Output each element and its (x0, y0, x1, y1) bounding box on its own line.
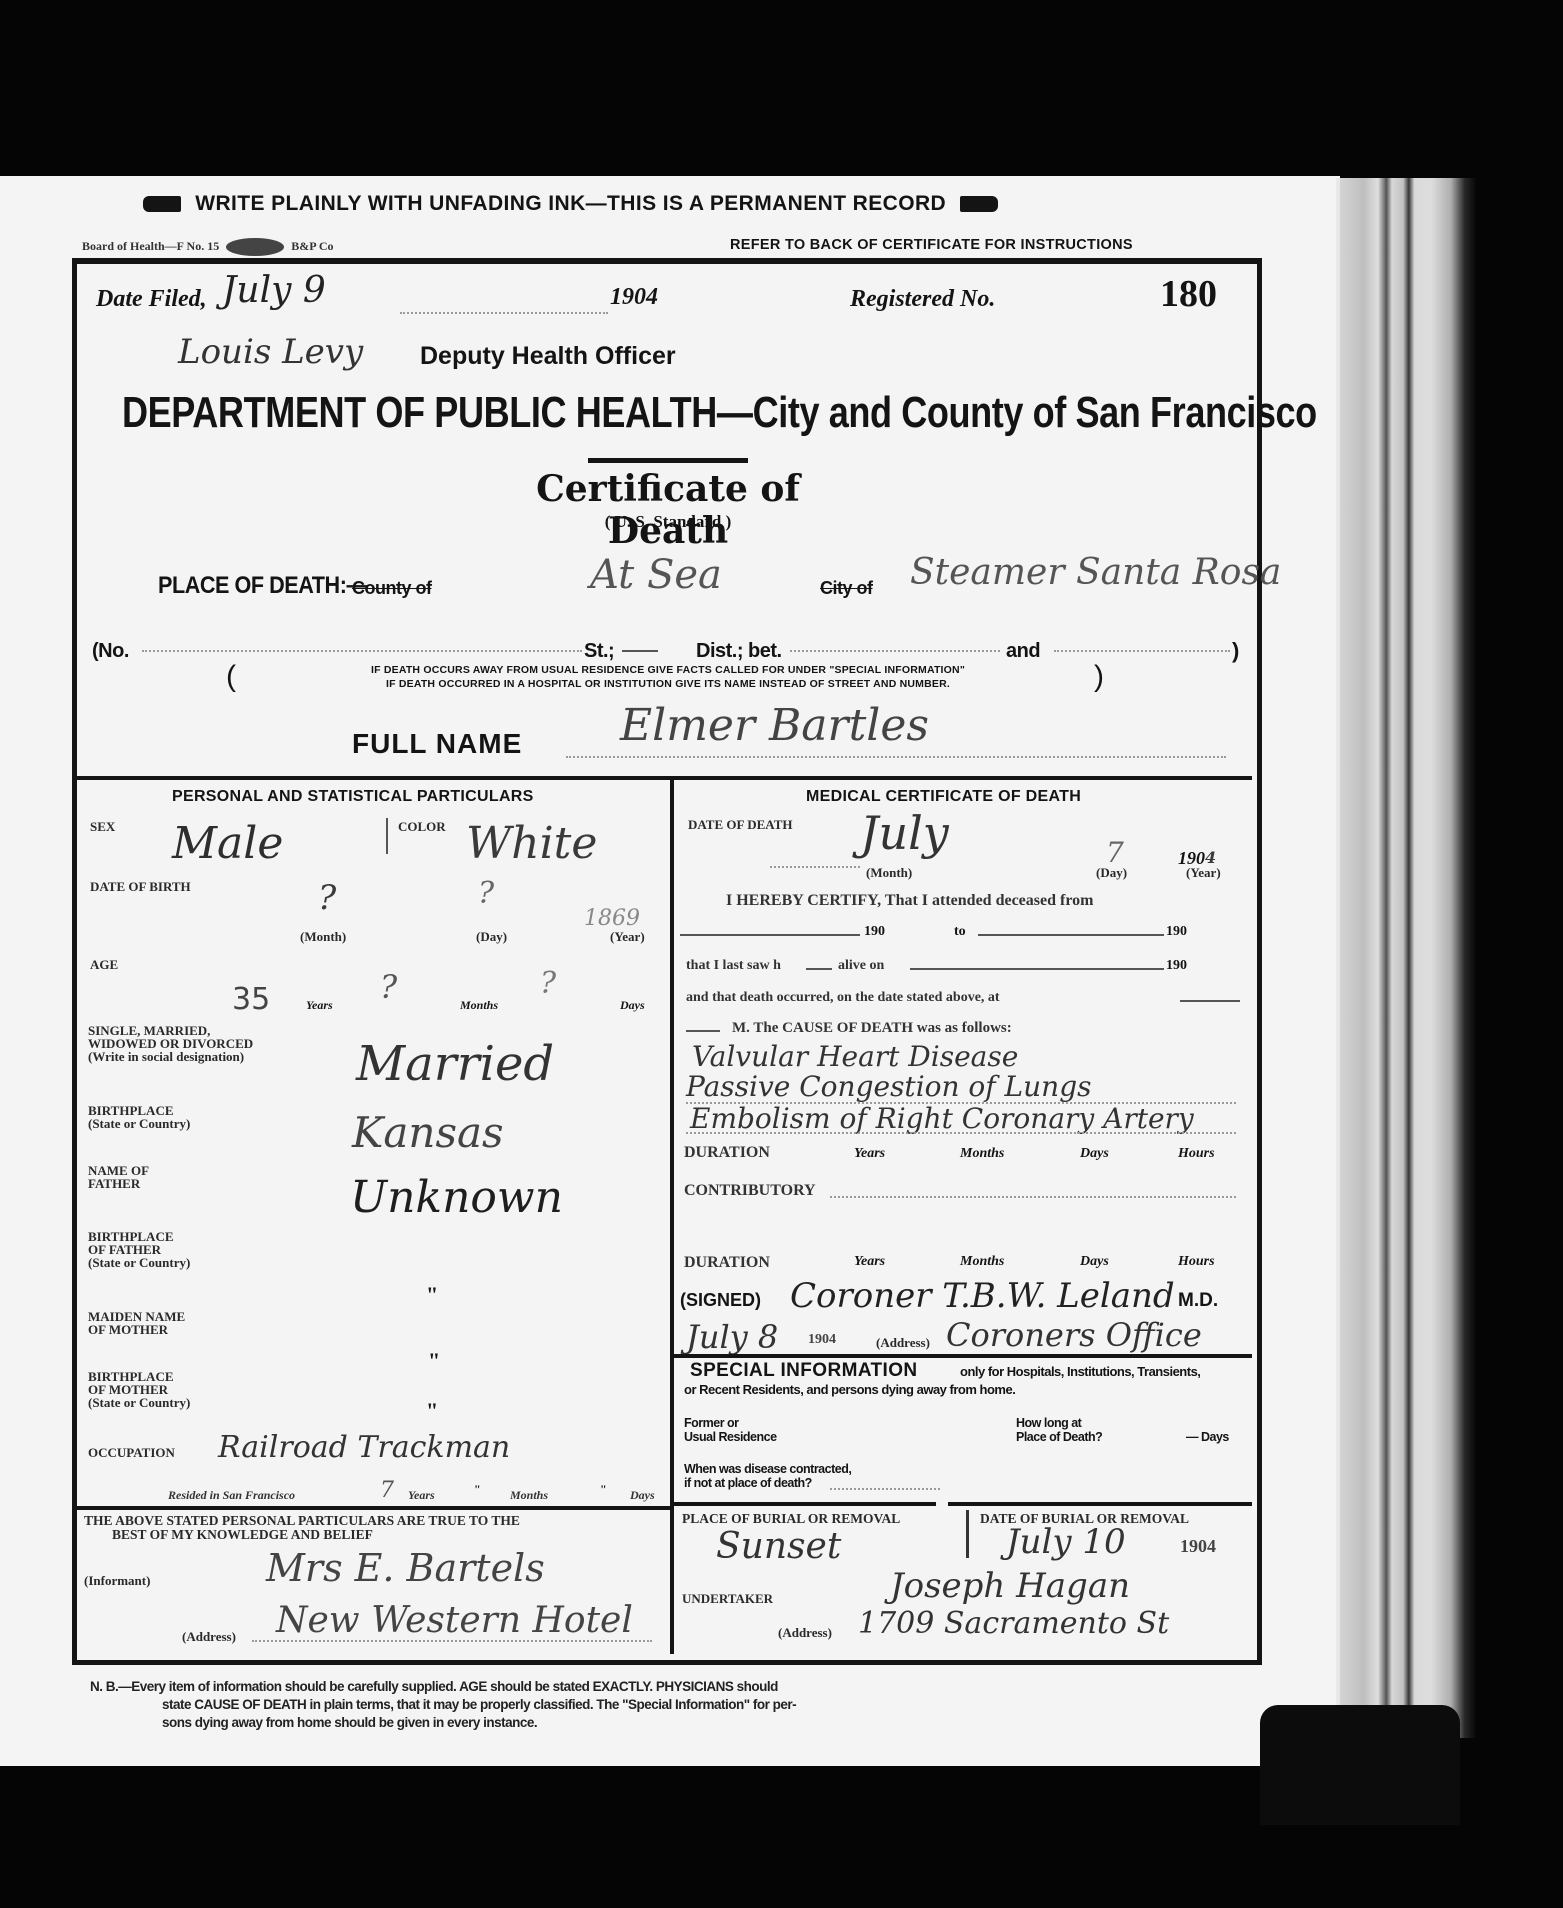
note-close-paren: ) (1094, 660, 1104, 694)
marital-label-line-3: (Write in social designation) (88, 1050, 253, 1063)
cause-time-line (686, 1030, 720, 1032)
resided-label: Resided in San Francisco (168, 1488, 295, 1503)
form-code-right: B&P Co (291, 239, 333, 253)
dob-day-label: (Day) (476, 930, 507, 943)
date-filed-value: July 9 (222, 270, 326, 311)
special-divider (674, 1354, 1252, 1358)
father-birthplace-value: " (426, 1282, 438, 1308)
burial-column-divider (966, 1510, 969, 1558)
occupation-value: Railroad Trackman (218, 1430, 510, 1465)
special-subheading-2: or Recent Residents, and persons dying a… (684, 1382, 1015, 1397)
how-long-days: — Days (1186, 1430, 1229, 1444)
attended-to-year: 190 (1166, 924, 1187, 940)
physician-signature: Coroner T.B.W. Leland (790, 1276, 1175, 1316)
residence-note: IF DEATH OCCURS AWAY FROM USUAL RESIDENC… (248, 663, 1088, 691)
disease-contracted-label-line-2: if not at place of death? (684, 1476, 851, 1490)
father-name-value: Unknown (350, 1172, 563, 1223)
signed-year: 1904 (808, 1332, 836, 1348)
cause-intro: M. The CAUSE OF DEATH was as follows: (732, 1020, 1012, 1037)
full-name-value: Elmer Bartles (620, 700, 929, 751)
former-residence-label-line-2: Usual Residence (684, 1430, 777, 1444)
duration-days: Days (1080, 1146, 1109, 1162)
how-long-label-line-1: How long at (1016, 1416, 1102, 1430)
dod-year-label: (Year) (1186, 866, 1221, 879)
father-name-label: NAME OF FATHER (88, 1164, 149, 1190)
occupation-label: OCCUPATION (88, 1446, 175, 1459)
signed-date: July 8 (686, 1318, 778, 1356)
signed-label: (SIGNED) (680, 1290, 761, 1311)
pointing-hand-icon (143, 196, 181, 212)
disease-contracted-label: When was disease contracted, if not at p… (684, 1462, 851, 1490)
union-label-seal-icon (226, 238, 284, 256)
book-binding-shadow (1260, 1705, 1460, 1825)
mother-birthplace-label: BIRTHPLACE OF MOTHER (State or Country) (88, 1370, 190, 1409)
sex-label: SEX (90, 820, 115, 833)
street-no-line (142, 650, 582, 652)
street-no-label: (No. (92, 640, 129, 663)
medical-heading: MEDICAL CERTIFICATE OF DEATH (806, 788, 1081, 806)
date-filed-year: 1904 (610, 284, 658, 311)
refer-instructions: REFER TO BACK OF CERTIFICATE FOR INSTRUC… (730, 237, 1133, 253)
birthplace-label: BIRTHPLACE (State or Country) (88, 1104, 190, 1130)
footnote-line-3: sons dying away from home should be give… (90, 1714, 796, 1732)
form-code: Board of Health—F No. 15 B&P Co (82, 238, 334, 256)
alive-on-line (910, 968, 1164, 970)
city-value: Steamer Santa Rosa (910, 552, 1281, 593)
mother-name-label-line-2: OF MOTHER (88, 1323, 185, 1336)
physician-address: Coroners Office (946, 1316, 1202, 1354)
cause-line-2 (686, 1132, 1236, 1134)
father-birthplace-label-line-3: (State or Country) (88, 1256, 190, 1269)
resided-months-label: Months (510, 1488, 548, 1503)
former-residence-label: Former or Usual Residence (684, 1416, 777, 1444)
color-value: White (466, 818, 597, 869)
note-open-paren: ( (226, 660, 236, 694)
residence-note-line-1: IF DEATH OCCURS AWAY FROM USUAL RESIDENC… (248, 663, 1088, 677)
informant-label: (Informant) (84, 1574, 150, 1587)
undertaker-address-label: (Address) (778, 1626, 832, 1639)
mother-birthplace-value: " (426, 1398, 438, 1424)
duration-months: Months (960, 1146, 1004, 1162)
personal-heading: PERSONAL AND STATISTICAL PARTICULARS (172, 788, 534, 806)
form-code-left: Board of Health—F No. 15 (82, 239, 219, 253)
marital-label: SINGLE, MARRIED, WIDOWED OR DIVORCED (Wr… (88, 1024, 253, 1063)
informant-name: Mrs E. Bartels (266, 1546, 545, 1590)
resided-days: " (600, 1482, 607, 1497)
death-occurred-line (1180, 1000, 1240, 1002)
book-page-edges (1336, 178, 1476, 1738)
and-line (1054, 650, 1230, 652)
undertaker-label: UNDERTAKER (682, 1592, 773, 1605)
alive-on-label: alive on (838, 958, 884, 974)
attended-to-label: to (954, 924, 966, 940)
full-name-label: FULL NAME (352, 728, 522, 760)
footnote: N. B.—Every item of information should b… (90, 1678, 796, 1732)
cause-of-death-2: Passive Congestion of Lungs (686, 1070, 1092, 1103)
duration-hours: Hours (1178, 1146, 1215, 1162)
dob-year: 1869 (584, 906, 640, 931)
disease-contracted-label-line-1: When was disease contracted, (684, 1462, 851, 1476)
city-label: City of (820, 578, 873, 599)
attended-to-line (978, 934, 1164, 936)
contributory-line (830, 1196, 1236, 1198)
contributory-duration-days: Days (1080, 1254, 1109, 1270)
informant-statement: THE ABOVE STATED PERSONAL PARTICULARS AR… (84, 1514, 520, 1542)
sex-color-divider (386, 818, 388, 854)
section-divider (76, 776, 1252, 780)
dob-month-label: (Month) (300, 930, 346, 943)
attended-from-year: 190 (864, 924, 885, 940)
md-label: M.D. (1178, 1290, 1218, 1312)
contributory-duration-months: Months (960, 1254, 1004, 1270)
contributory-duration-label: DURATION (684, 1254, 770, 1272)
department-title: DEPARTMENT OF PUBLIC HEALTH—City and Cou… (122, 388, 1024, 438)
contributory-duration-hours: Hours (1178, 1254, 1215, 1270)
informant-address-label: (Address) (182, 1630, 236, 1643)
birthplace-label-line-2: (State or Country) (88, 1117, 190, 1130)
special-subheading: only for Hospitals, Institutions, Transi… (960, 1364, 1200, 1379)
age-days: ? (540, 966, 556, 1001)
dob-year-label: (Year) (610, 930, 645, 943)
mother-name-label: MAIDEN NAME OF MOTHER (88, 1310, 185, 1336)
dob-label: DATE OF BIRTH (90, 880, 191, 893)
duration-label: DURATION (684, 1144, 770, 1162)
color-label: COLOR (398, 820, 446, 833)
burial-date-year: 1904 (1180, 1536, 1216, 1557)
cause-of-death-3: Embolism of Right Coronary Artery (690, 1102, 1194, 1135)
undertaker-address: 1709 Sacramento St (858, 1606, 1169, 1641)
registered-label: Registered No. (850, 286, 995, 313)
alive-on-year: 190 (1166, 958, 1187, 974)
footnote-line-1: N. B.—Every item of information should b… (90, 1678, 796, 1696)
burial-place-value: Sunset (716, 1526, 841, 1567)
attended-from-line (680, 934, 860, 936)
resided-years: 7 (380, 1478, 394, 1503)
how-long-label: How long at Place of Death? (1016, 1416, 1102, 1444)
cause-line-1 (686, 1102, 1236, 1104)
district-label: Dist.; bet. (696, 640, 782, 663)
date-filed-label: Date Filed, (96, 286, 207, 313)
death-occurred-label: and that death occurred, on the date sta… (686, 990, 1000, 1006)
street-line (622, 650, 658, 652)
age-months-label: Months (460, 998, 498, 1013)
burial-divider-left (674, 1502, 936, 1506)
age-label: AGE (90, 958, 118, 971)
officer-title: Deputy Health Officer (420, 342, 676, 371)
last-saw-line (806, 968, 832, 970)
physician-address-label: (Address) (876, 1336, 930, 1349)
certificate-title: Certificate of Death (478, 468, 858, 552)
age-years-label: Years (306, 998, 333, 1013)
resided-months: " (474, 1482, 481, 1497)
date-filed-line (400, 312, 608, 314)
age-days-label: Days (620, 998, 645, 1013)
age-years: 35 (232, 982, 270, 1017)
mother-birthplace-label-line-3: (State or Country) (88, 1396, 190, 1409)
standard-label: ( U. S. Standard ) (578, 512, 758, 532)
residence-note-line-2: IF DEATH OCCURRED IN A HOSPITAL OR INSTI… (248, 677, 1088, 691)
county-label: County of (352, 578, 431, 599)
title-divider (588, 458, 748, 463)
and-label: and (1006, 640, 1040, 663)
birthplace-value: Kansas (352, 1108, 504, 1157)
dod-month-line (770, 866, 860, 868)
cause-of-death-1: Valvular Heart Disease (692, 1040, 1018, 1073)
personal-informant-divider (76, 1506, 670, 1510)
dod-day-label: (Day) (1096, 866, 1127, 879)
footnote-line-2: state CAUSE OF DEATH in plain terms, tha… (90, 1696, 796, 1714)
former-residence-label-line-1: Former or (684, 1416, 777, 1430)
informant-statement-line-2: BEST OF MY KNOWLEDGE AND BELIEF (84, 1528, 520, 1542)
marital-value: Married (356, 1036, 554, 1092)
dob-day: ? (478, 876, 494, 911)
age-months: ? (380, 968, 397, 1006)
date-of-death-month: July (860, 806, 949, 860)
column-divider (670, 780, 674, 1654)
informant-statement-line-1: THE ABOVE STATED PERSONAL PARTICULARS AR… (84, 1514, 520, 1528)
father-name-label-line-2: FATHER (88, 1177, 149, 1190)
sex-value: Male (172, 818, 283, 869)
district-line (790, 650, 1000, 652)
contributory-duration-years: Years (854, 1254, 885, 1270)
ink-warning-banner: WRITE PLAINLY WITH UNFADING INK—THIS IS … (135, 192, 1006, 216)
ink-warning-text: WRITE PLAINLY WITH UNFADING INK—THIS IS … (195, 192, 946, 215)
disease-contracted-line (830, 1488, 940, 1490)
full-name-line (566, 756, 1226, 758)
date-of-death-label: DATE OF DEATH (688, 818, 793, 831)
informant-address: New Western Hotel (276, 1600, 633, 1641)
how-long-label-line-2: Place of Death? (1016, 1430, 1102, 1444)
contributory-label: CONTRIBUTORY (684, 1182, 816, 1200)
mother-name-value: " (428, 1348, 440, 1374)
undertaker-value: Joseph Hagan (890, 1566, 1130, 1606)
resided-years-label: Years (408, 1488, 435, 1503)
duration-years: Years (854, 1146, 885, 1162)
last-saw-label: that I last saw h (686, 958, 781, 974)
special-heading: SPECIAL INFORMATION (690, 1360, 918, 1382)
burial-place-label: PLACE OF BURIAL OR REMOVAL (682, 1512, 900, 1525)
place-of-death-label: PLACE OF DEATH:— (158, 572, 368, 600)
street-label: St.; (584, 640, 614, 663)
registered-number: 180 (1160, 272, 1217, 316)
county-value: At Sea (590, 552, 722, 598)
burial-date-value: July 10 (1006, 1522, 1126, 1562)
certify-statement: I HEREBY CERTIFY, That I attended deceas… (726, 892, 1093, 910)
close-paren: ) (1232, 638, 1239, 664)
resided-days-label: Days (630, 1488, 655, 1503)
officer-signature: Louis Levy (178, 332, 363, 372)
dob-month: ? (318, 878, 336, 918)
father-birthplace-label: BIRTHPLACE OF FATHER (State or Country) (88, 1230, 190, 1269)
pointing-hand-icon (960, 196, 998, 212)
burial-divider-right (948, 1502, 1252, 1506)
dod-month-label: (Month) (866, 866, 912, 879)
